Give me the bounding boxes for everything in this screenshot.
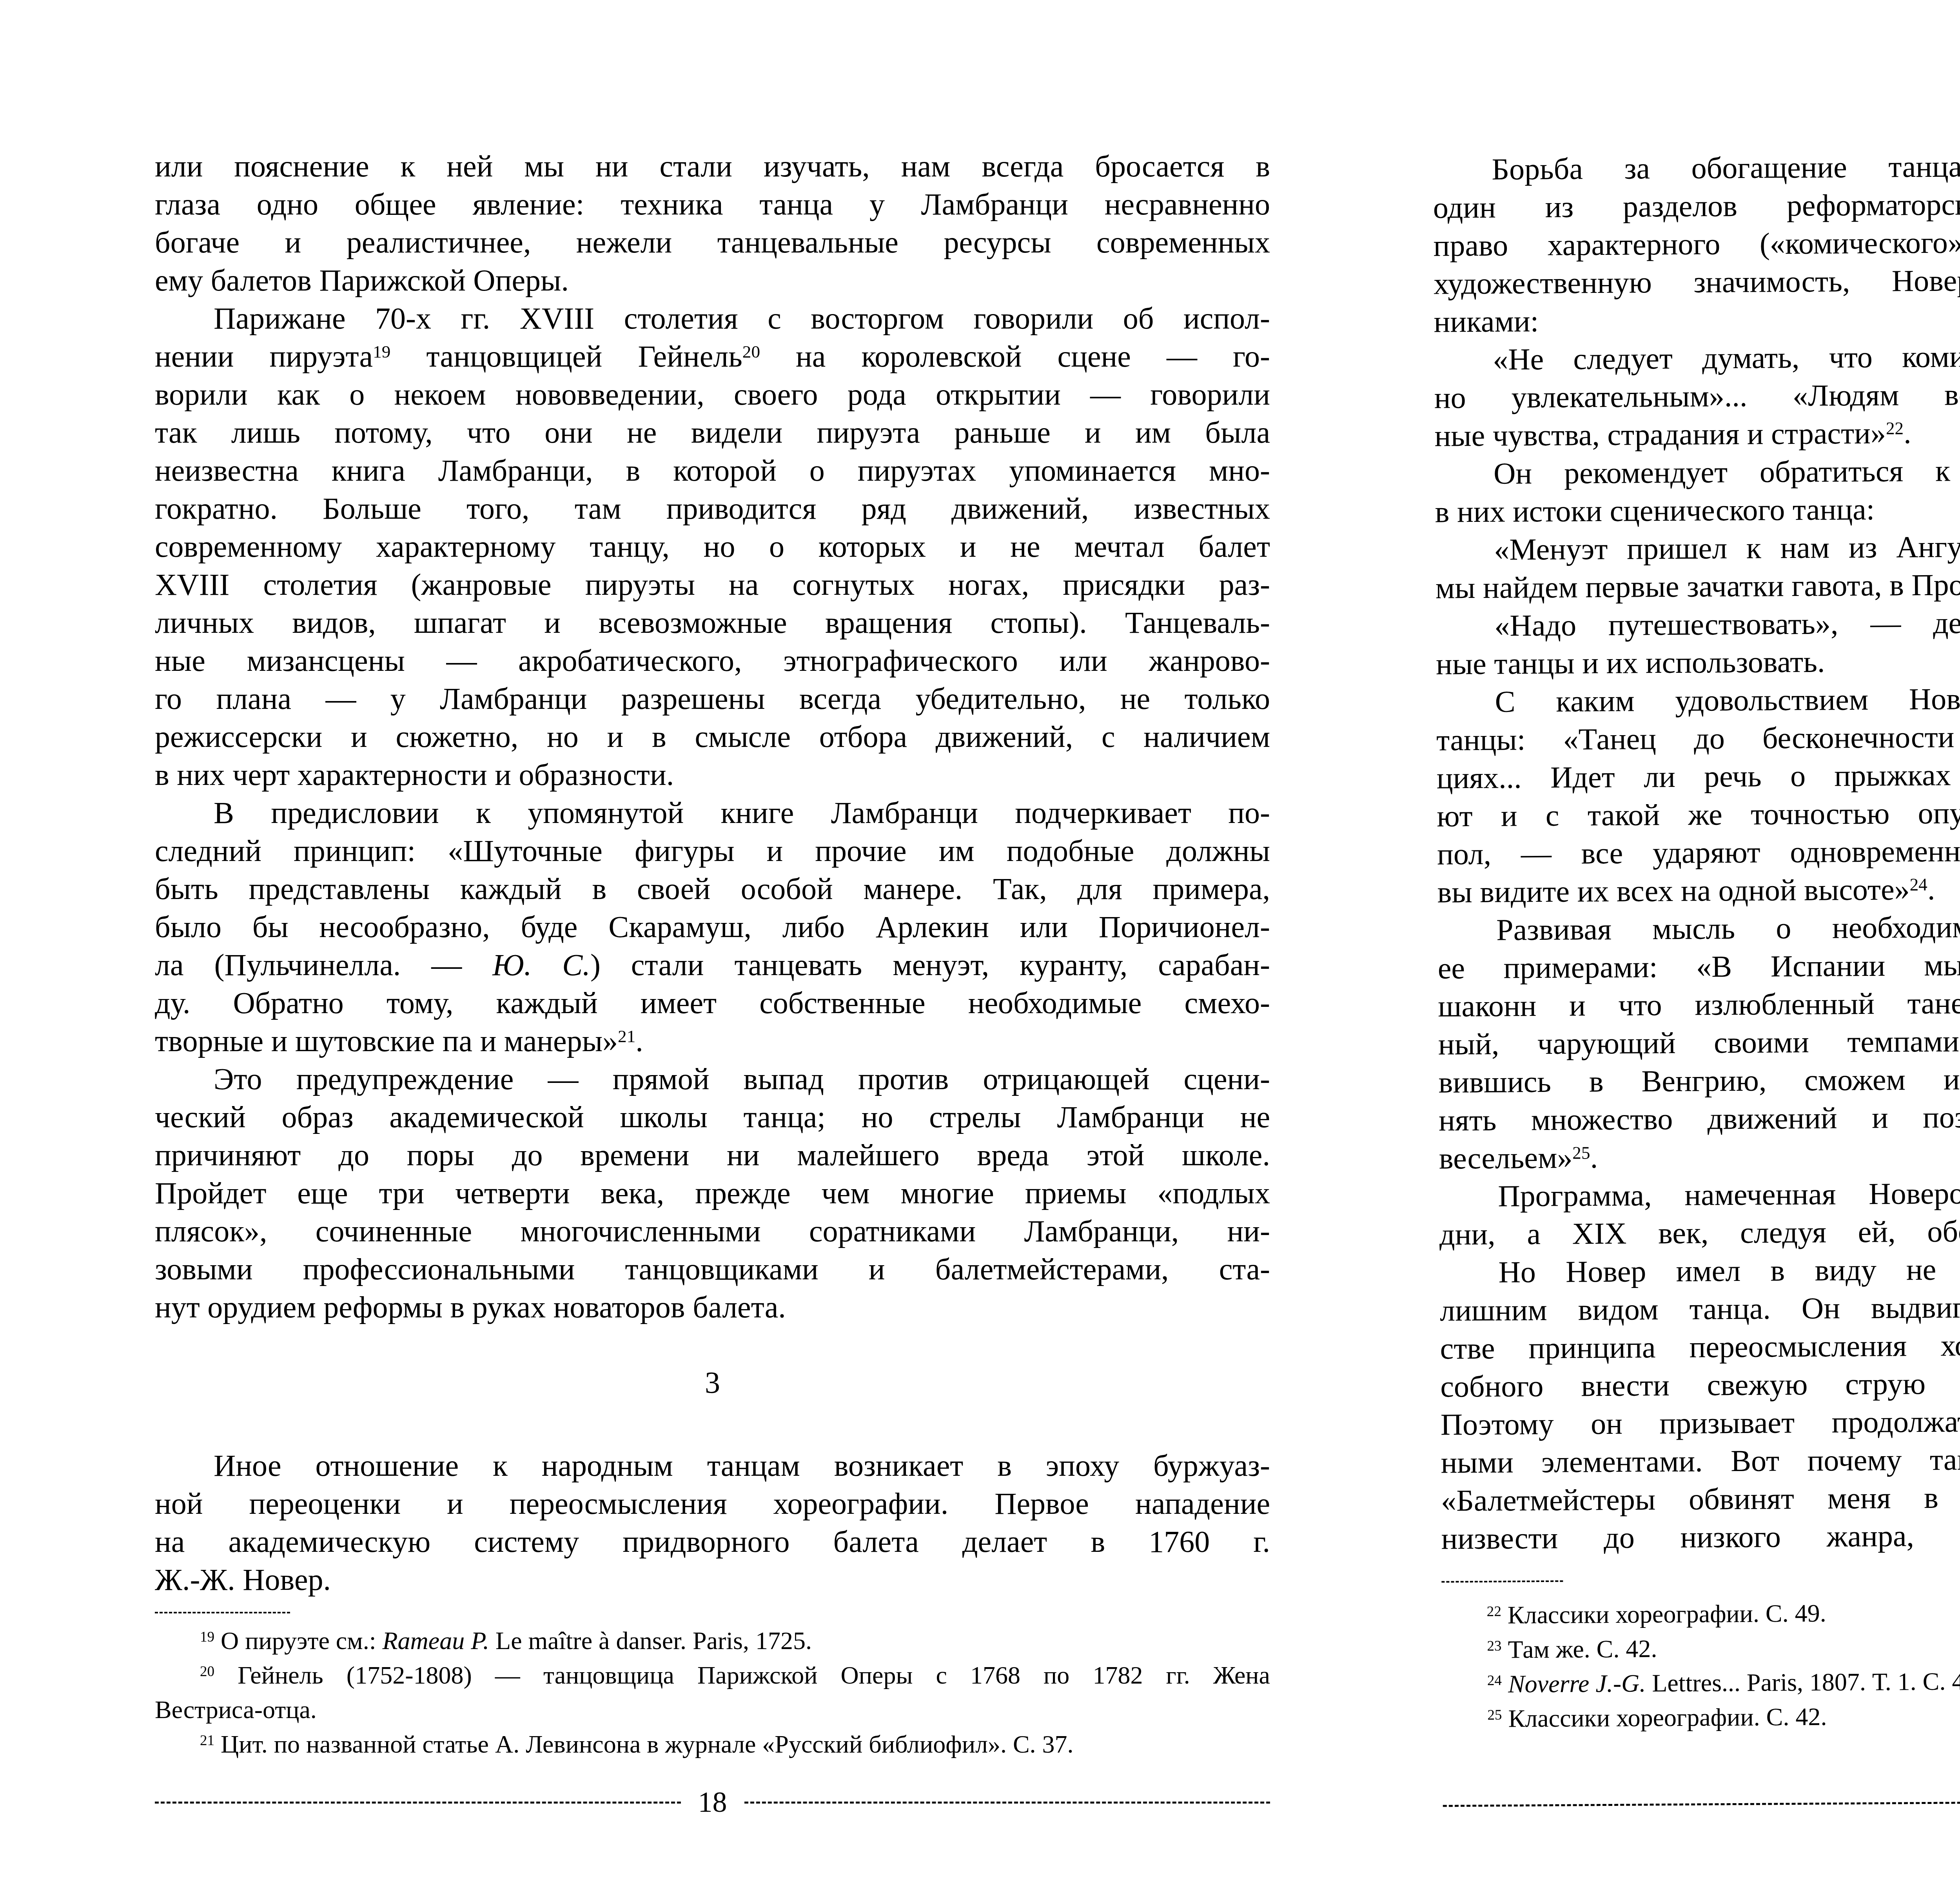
footnote-line: 22 Классики хореографии. С. 49. [1442, 1591, 1960, 1633]
text-line: Но Новер имел в виду не только перспекти… [1439, 1246, 1960, 1291]
paragraph: Развивая мысль о необходимости путешеств… [1437, 904, 1960, 1177]
text-line: никами: [1434, 296, 1960, 340]
text-line: «Балетмейстеры обвинят меня в том, что я… [1441, 1475, 1960, 1519]
paragraph: Борьба за обогащение танца национальными… [1433, 143, 1960, 340]
footnote: 20 Гейнель (1752-1808) — танцовщица Пари… [155, 1658, 1270, 1727]
paragraph: «Надо путешествовать», — делает он вывод… [1436, 600, 1960, 683]
text-line: следний принцип: «Шуточные фигуры и проч… [155, 832, 1270, 870]
paragraph: или пояснение к ней мы ни стали изучать,… [155, 147, 1270, 299]
text-line: нять множество движений и поз, порожденн… [1439, 1094, 1960, 1139]
footnote: 19 О пируэте см.: Rameau P. Le maître à … [155, 1624, 1270, 1658]
text-line: Поэтому он призывает продолжать пополнен… [1441, 1399, 1960, 1443]
text-line: го плана — у Ламбранци разрешены всегда … [155, 679, 1270, 717]
text-line: дни, а XIX век, следуя ей, обогатил бале… [1439, 1208, 1960, 1253]
text-line: С каким удовольствием Новер вспоминает н… [1436, 676, 1960, 721]
text-line: ный, чарующий своими темпами и прелестью… [1438, 1018, 1960, 1063]
text-line: плясок», сочиненные многочисленными сора… [155, 1212, 1270, 1250]
footnote: 22 Классики хореографии. С. 49. [1442, 1591, 1960, 1633]
text-line: Парижане 70-х гг. XVIII столетия с восто… [155, 299, 1270, 337]
paragraph: Но Новер имел в виду не только перспекти… [1439, 1246, 1960, 1557]
text-line: ду. Обратно тому, каждый имеет собственн… [155, 984, 1270, 1022]
footnote-separator [155, 1612, 290, 1613]
text-line: Иное отношение к народным танцам возника… [155, 1446, 1270, 1484]
page-right: Борьба за обогащение танца национальными… [1433, 143, 1960, 1883]
text-line: режиссерски и сюжетно, но и в смысле отб… [155, 717, 1270, 756]
text-line: в них черт характерности и образности. [155, 756, 1270, 794]
text-line: Он рекомендует обратиться к изучению нар… [1435, 448, 1960, 492]
text-line: ему балетов Парижской Оперы. [155, 261, 1270, 299]
text-line: глаза одно общее явление: техника танца … [155, 185, 1270, 223]
text-line: пол, — все ударяют одновременно. Поднима… [1437, 828, 1960, 873]
text-line: «Не следует думать, что комический жанр … [1434, 334, 1960, 378]
text-line: вившись в Венгрию, сможем изучить костюм… [1438, 1056, 1960, 1101]
footnote: 23 Там же. С. 42. [1442, 1626, 1960, 1667]
paragraph: «Не следует думать, что комический жанр … [1434, 334, 1960, 454]
footnote-line: 25 Классики хореографии. С. 42. [1442, 1695, 1960, 1736]
text-line: танцы: «Танец до бесконечности разнообра… [1436, 714, 1960, 759]
text-line: причиняют до поры до времени ни малейшег… [155, 1136, 1270, 1174]
footnotes: 22 Классики хореографии. С. 49.23 Там же… [1442, 1591, 1960, 1736]
text-line: творные и шутовские па и манеры»21. [155, 1022, 1270, 1060]
text-line: В предисловии к упомянутой книге Ламбран… [155, 794, 1270, 832]
text-line: шаконн и что излюбленный танец этой стра… [1438, 980, 1960, 1025]
footnote-line: Вестриса-отца. [155, 1693, 1270, 1727]
page-number-rule-left [1443, 1802, 1960, 1807]
text-line: ют и с такой же точностью опускаются. Ну… [1437, 790, 1960, 835]
footnotes: 19 О пируэте см.: Rameau P. Le maître à … [155, 1624, 1270, 1762]
text-line: ной переоценки и переосмысления хореогра… [155, 1484, 1270, 1522]
text-line: весельем»25. [1439, 1132, 1960, 1177]
footnote-line: 21 Цит. по названной статье А. Левинсона… [155, 1727, 1270, 1762]
text-line: «Надо путешествовать», — делает он вывод… [1436, 600, 1960, 645]
text-line: низвести до низкого жанра, изображающего… [1441, 1513, 1960, 1557]
text-line: циях... Идет ли речь о прыжках — сто чел… [1437, 752, 1960, 797]
text-line: ворили как о некоем нововведении, своего… [155, 375, 1270, 413]
text-line: право характерного («комического», по ег… [1433, 220, 1960, 264]
text-line: ные танцы и их использовать. [1436, 638, 1960, 683]
paragraph: Парижане 70-х гг. XVIII столетия с восто… [155, 299, 1270, 794]
text-line: быть представлены каждый в своей особой … [155, 870, 1270, 908]
text-line: на академическую систему придворного бал… [155, 1522, 1270, 1560]
text-line: Ж.-Ж. Новер. [155, 1560, 1270, 1598]
text-line: современному характерному танцу, но о ко… [155, 527, 1270, 565]
text-line: один из разделов реформаторской деятельн… [1433, 182, 1960, 226]
text-line: Программа, намеченная Новером, не утрати… [1439, 1170, 1960, 1215]
footnote-line: 20 Гейнель (1752-1808) — танцовщица Пари… [155, 1658, 1270, 1693]
footnote: 25 Классики хореографии. С. 42. [1442, 1695, 1960, 1736]
page-number-row: 19 [1443, 1784, 1960, 1820]
footnote: 21 Цит. по названной статье А. Левинсона… [155, 1727, 1270, 1762]
page-number-rule-right [744, 1802, 1270, 1804]
text-line: гократно. Больше того, там приводится ря… [155, 489, 1270, 527]
text-line: мы найдем первые зачатки гавота, в Прова… [1436, 562, 1960, 607]
text-line: или пояснение к ней мы ни стали изучать,… [155, 147, 1270, 185]
text-line: в них истоки сценического танца: [1435, 486, 1960, 530]
paragraph: Это предупреждение — прямой выпад против… [155, 1060, 1270, 1326]
footnote-separator [1441, 1580, 1563, 1583]
text-line: ла (Пульчинелла. — Ю. С.) стали танцеват… [155, 946, 1270, 984]
text-line: так лишь потому, что они не видели пируэ… [155, 413, 1270, 451]
text-line: нении пируэта19 танцовщицей Гейнель20 на… [155, 337, 1270, 375]
text-line: Развивая мысль о необходимости путешеств… [1437, 904, 1960, 949]
page-number-row: 18 [155, 1788, 1270, 1817]
footnote: 24 Noverre J.-G. Lettres... Paris, 1807.… [1442, 1660, 1960, 1702]
text-line: но увлекательным»... «Людям всех классов… [1434, 372, 1960, 416]
page-number-rule-left [155, 1802, 681, 1804]
text-line: богаче и реалистичнее, нежели танцевальн… [155, 223, 1270, 261]
paragraph: Иное отношение к народным танцам возника… [155, 1446, 1270, 1598]
paragraph: Он рекомендует обратиться к изучению нар… [1435, 448, 1960, 530]
text-line: неизвестна книга Ламбранци, в которой о … [155, 451, 1270, 489]
text-line: художественную значимость, Новер полемиз… [1434, 258, 1960, 302]
text-line: ее примерами: «В Испании мы узнаем, что … [1437, 942, 1960, 987]
text-line: Это предупреждение — прямой выпад против… [155, 1060, 1270, 1098]
page-body: или пояснение к ней мы ни стали изучать,… [155, 147, 1270, 1598]
text-line: зовыми профессиональными танцовщиками и … [155, 1250, 1270, 1288]
text-line: лишним видом танца. Он выдвигал приведен… [1440, 1284, 1960, 1329]
text-line: вы видите их всех на одной высоте»24. [1437, 866, 1960, 911]
footnote-line: 19 О пируэте см.: Rameau P. Le maître à … [155, 1624, 1270, 1658]
text-line: стве принципа переосмысления хореографии… [1440, 1322, 1960, 1367]
text-line: собного внести свежую струю в застывшее,… [1440, 1361, 1960, 1405]
paragraph: С каким удовольствием Новер вспоминает н… [1436, 676, 1960, 911]
text-line: XVIII столетия (жанровые пируэты на согн… [155, 565, 1270, 603]
text-line: ческий образ академической школы танца; … [155, 1098, 1270, 1136]
text-line: нут орудием реформы в руках новаторов ба… [155, 1288, 1270, 1326]
paragraph: «Менуэт пришел к нам из Ангулема, родина… [1435, 524, 1960, 607]
text-line: личных видов, шпагат и всевозможные вращ… [155, 603, 1270, 641]
book-scan: { "pages": [ { "number": "18", "blocks":… [0, 0, 1960, 1900]
page-body: Борьба за обогащение танца национальными… [1433, 143, 1960, 1557]
section-heading: 3 [155, 1363, 1270, 1401]
paragraph: Программа, намеченная Новером, не утрати… [1439, 1170, 1960, 1253]
text-line: ные чувства, страдания и страсти»22. [1434, 410, 1960, 454]
text-line: Пройдет еще три четверти века, прежде че… [155, 1174, 1270, 1212]
text-line: было бы несообразно, буде Скарамуш, либо… [155, 908, 1270, 946]
paragraph: В предисловии к упомянутой книге Ламбран… [155, 794, 1270, 1060]
page-number: 18 [698, 1788, 727, 1817]
page-left: или пояснение к ней мы ни стали изучать,… [155, 147, 1270, 1880]
text-line: Борьба за обогащение танца национальными… [1433, 143, 1960, 188]
text-line: «Менуэт пришел к нам из Ангулема, родина… [1435, 524, 1960, 569]
text-line: ные мизансцены — акробатического, этногр… [155, 641, 1270, 679]
footnote-line: 23 Там же. С. 42. [1442, 1626, 1960, 1667]
footnote-line: 24 Noverre J.-G. Lettres... Paris, 1807.… [1442, 1660, 1960, 1702]
text-line: ными элементами. Вот почему так гневно и… [1441, 1437, 1960, 1481]
